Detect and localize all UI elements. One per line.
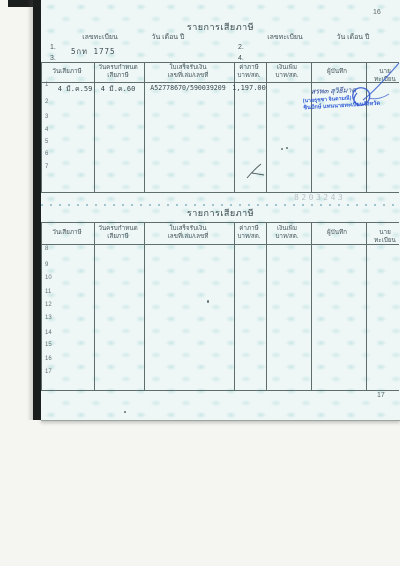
- pen-dot: [286, 147, 288, 149]
- t2-col-receipt: ใบเสร็จรับเงิน เลขที่เล่ม/เลขที่: [168, 225, 209, 241]
- t1-col-surcharge: เงินเพิ่ม บาท/สต.: [275, 64, 298, 80]
- t2-row-16: 16: [45, 356, 52, 362]
- pen-mark: [124, 411, 126, 413]
- t2-row-14: 14: [45, 330, 52, 336]
- serial-number-faded: 8203243: [294, 193, 345, 202]
- t1-row-4: 4: [45, 127, 48, 133]
- page-number-bottom: 17: [377, 392, 385, 399]
- t1-col-due-date: วันครบกำหนด เสียภาษี: [98, 64, 137, 80]
- t2-row-13: 13: [45, 315, 52, 321]
- t2-row-17: 17: [45, 369, 52, 375]
- t1-col-tax-amount: ค่าภาษี บาท/สต.: [237, 64, 260, 80]
- t1-row-3: 3: [45, 114, 48, 120]
- t2-row-15: 15: [45, 342, 52, 348]
- row1-due-date: 4 มี.ค.60: [101, 84, 136, 95]
- registration-book-page: 16 รายการเสียภาษี เลขทะเบียน วัน เดือน ป…: [41, 0, 400, 421]
- date1-label: วัน เดือน ปี: [152, 32, 185, 43]
- t2-row-12: 12: [45, 302, 52, 308]
- page-edge-shadow: [27, 0, 33, 420]
- entry-3-number: 3.: [50, 55, 56, 62]
- entry-2-number: 2.: [238, 44, 244, 51]
- registrar-signature-icon: [335, 60, 400, 110]
- entry-4-number: 4.: [238, 55, 244, 62]
- t1-col-tax-date: วันเสียภาษี: [52, 68, 81, 76]
- t2-col-registrar: นายทะเบียน: [374, 229, 396, 245]
- row1-tax-amount: 1,197.00: [232, 84, 266, 92]
- t1-row-1: 1: [45, 82, 48, 88]
- t2-row-10: 10: [45, 275, 52, 281]
- t2-row-9: 9: [45, 262, 48, 268]
- row1-receipt-number: A52778670/590039209: [150, 84, 225, 92]
- t1-row-7: 7: [45, 164, 48, 170]
- date2-label: วัน เดือน ปี: [337, 32, 370, 43]
- t2-col-due-date: วันครบกำหนด เสียภาษี: [98, 225, 137, 241]
- scanned-document: 16 รายการเสียภาษี เลขทะเบียน วัน เดือน ป…: [0, 0, 400, 566]
- t2-row-11: 11: [45, 289, 51, 295]
- section2-title: รายการเสียภาษี: [41, 206, 400, 220]
- t2-col-tax-amount: ค่าภาษี บาท/สต.: [237, 225, 260, 241]
- book-spine-top-edge: [8, 0, 43, 7]
- book-spine-edge: [33, 0, 41, 420]
- tax-table-2: [41, 222, 399, 391]
- t1-row-5: 5: [45, 139, 48, 145]
- t2-col-tax-date: วันเสียภาษี: [52, 229, 81, 237]
- t1-row-2: 2: [45, 99, 48, 105]
- t2-col-surcharge: เงินเพิ่ม บาท/สต.: [275, 225, 298, 241]
- reg2-label: เลขทะเบียน: [267, 32, 303, 43]
- page-number-top: 16: [373, 9, 381, 16]
- t2-row-8: 8: [45, 246, 48, 252]
- t1-col-receipt: ใบเสร็จรับเงิน เลขที่เล่ม/เลขที่: [168, 64, 209, 80]
- pen-dot: [281, 148, 283, 150]
- entry-1-registration-value: 5กท 1775: [71, 46, 116, 58]
- entry-1-number: 1.: [50, 44, 56, 51]
- pen-scribble-icon: [244, 162, 272, 180]
- pen-mark: [207, 300, 209, 303]
- reg1-label: เลขทะเบียน: [82, 32, 118, 43]
- t2-col-recorder: ผู้บันทึก: [327, 229, 347, 237]
- row1-tax-date: 4 มี.ค.59: [58, 84, 93, 95]
- t1-row-6: 6: [45, 151, 48, 157]
